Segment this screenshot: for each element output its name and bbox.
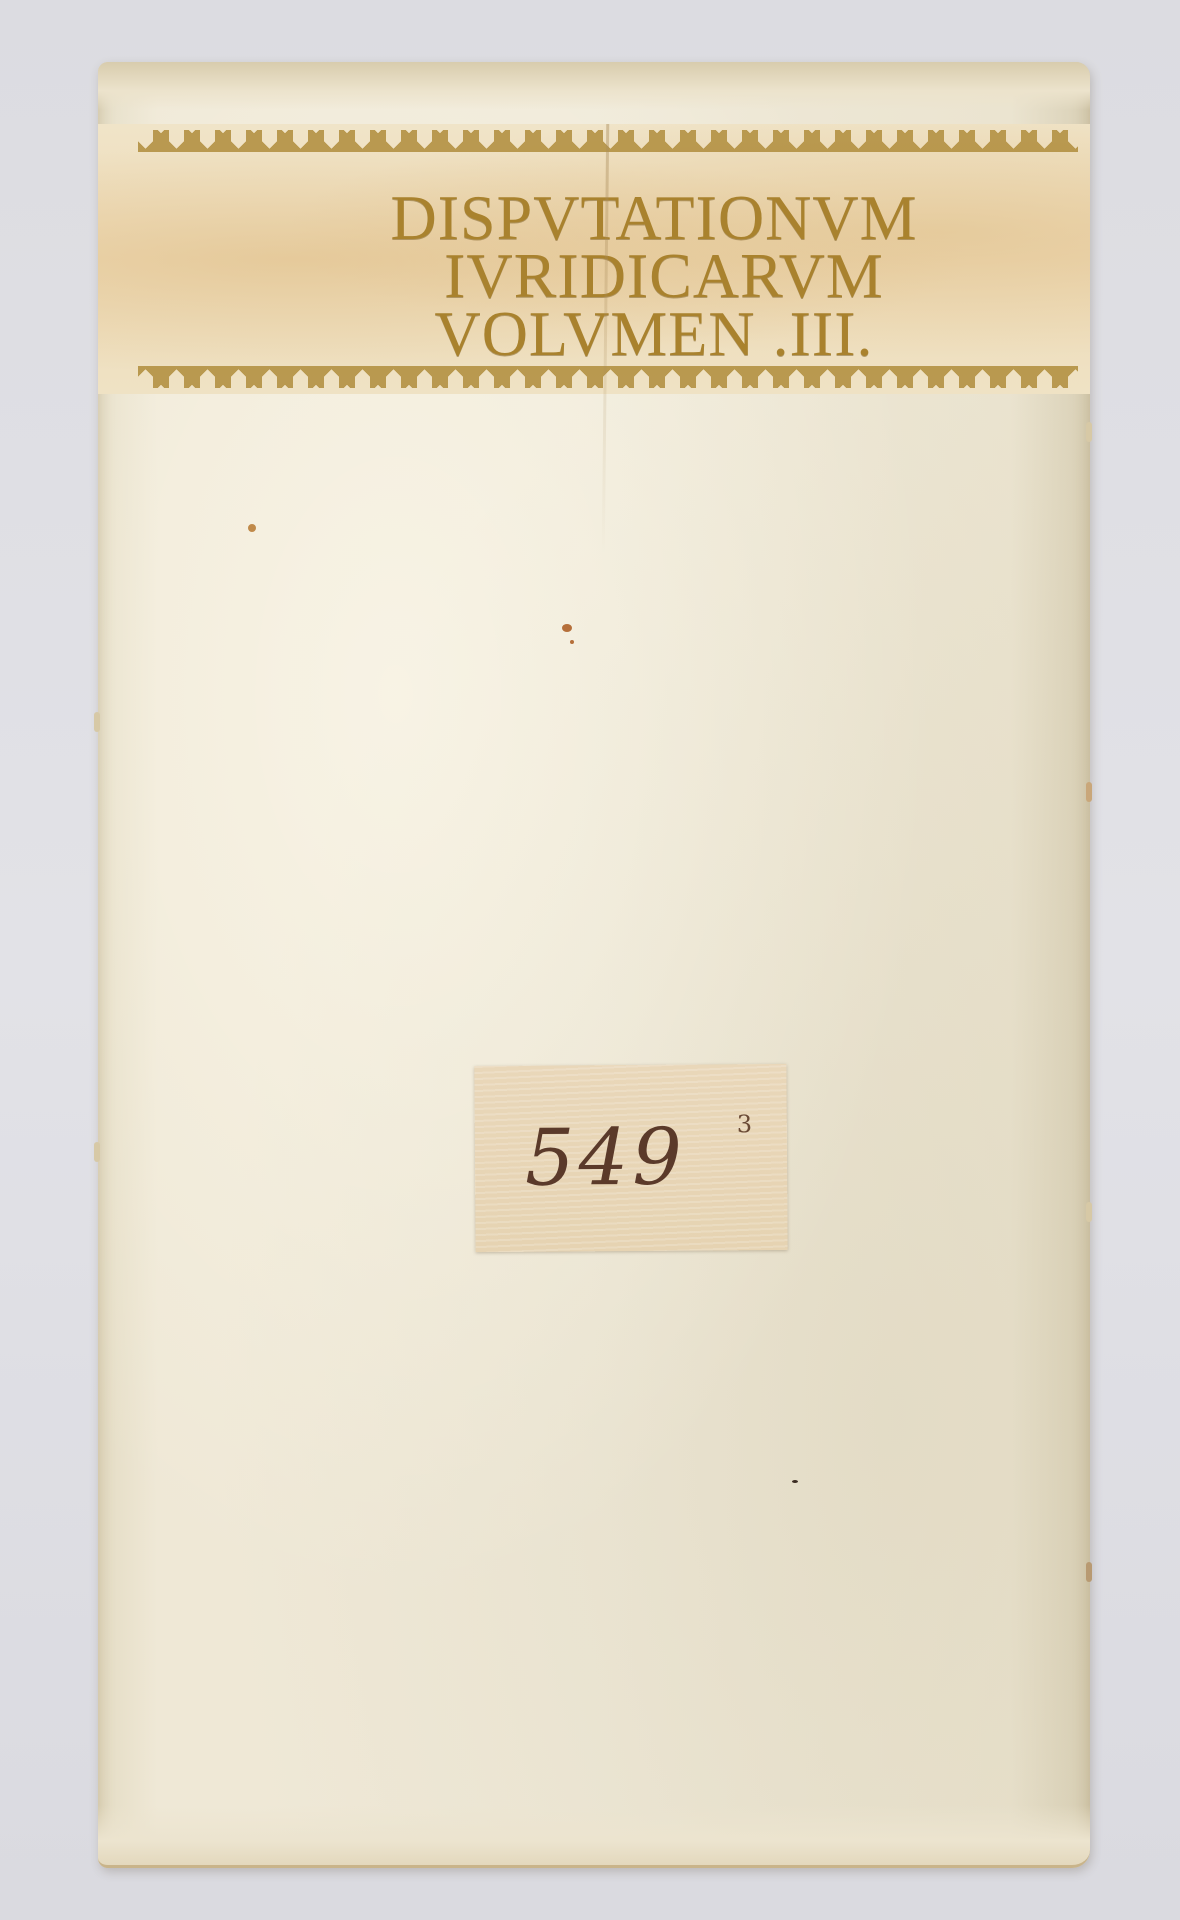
- book-top-edge: [98, 62, 1090, 110]
- edge-bump: [1086, 422, 1092, 442]
- book-cover: DISPVTATIONVM IVRIDICARVM VOLVMEN .III. …: [98, 62, 1090, 1868]
- shelf-mark-number: 549: [525, 1113, 687, 1204]
- ornament-border-bottom: [138, 366, 1078, 388]
- shelf-mark-label: 549 3: [474, 1064, 787, 1252]
- stain-spot: [570, 640, 574, 644]
- title-line-3: VOLVMEN .III.: [98, 302, 1090, 366]
- stain-spot: [248, 524, 256, 532]
- stain-spot: [562, 624, 572, 632]
- edge-bump: [94, 1142, 100, 1162]
- shelf-mark-superscript: 3: [737, 1110, 752, 1138]
- edge-bump: [1086, 782, 1092, 802]
- edge-bump: [94, 712, 100, 732]
- stain-spot: [792, 1480, 798, 1483]
- book-bottom-edge: [98, 1805, 1090, 1868]
- edge-bump: [1086, 1562, 1092, 1582]
- edge-bump: [1086, 1202, 1092, 1222]
- gilt-title-panel: DISPVTATIONVM IVRIDICARVM VOLVMEN .III.: [98, 124, 1090, 394]
